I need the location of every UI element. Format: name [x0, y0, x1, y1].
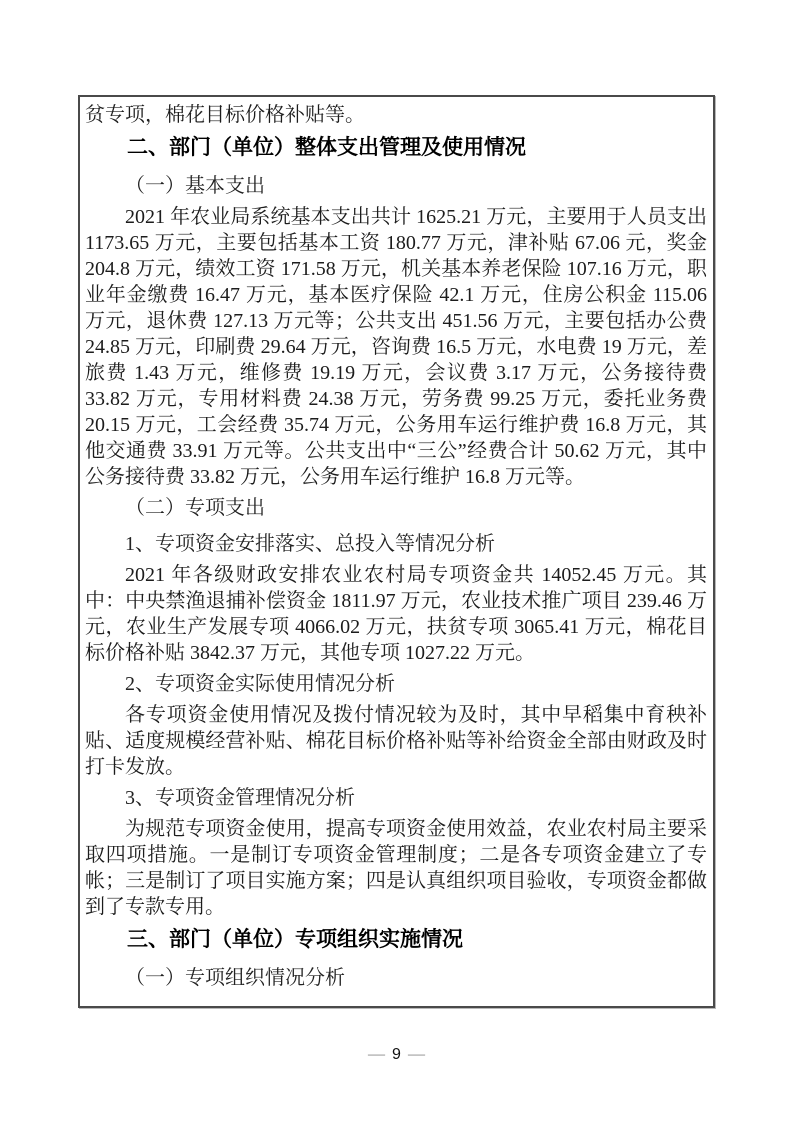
document-border-box: 贫专项，棉花目标价格补贴等。二、部门（单位）整体支出管理及使用情况（一）基本支出… [78, 95, 715, 1008]
section-heading: 二、部门（单位）整体支出管理及使用情况 [85, 135, 707, 161]
clause-heading: 3、专项资金管理情况分析 [85, 785, 707, 811]
section-heading: 三、部门（单位）专项组织实施情况 [85, 927, 707, 953]
subsection-heading: （一）基本支出 [85, 173, 707, 199]
footer-dash-left: — [368, 1044, 385, 1063]
document-content: 贫专项，棉花目标价格补贴等。二、部门（单位）整体支出管理及使用情况（一）基本支出… [85, 102, 707, 996]
body-paragraph: 2021 年各级财政安排农业农村局专项资金共 14052.45 万元。其中：中央… [85, 562, 707, 666]
subsection-heading: （一）专项组织情况分析 [85, 965, 707, 991]
subsection-heading: （二）专项支出 [85, 495, 707, 521]
footer-dash-right: — [408, 1044, 425, 1063]
page-number: 9 [392, 1046, 401, 1063]
page-footer: —9— [0, 1043, 793, 1066]
body-paragraph: 各专项资金使用情况及拨付情况较为及时，其中早稻集中育秧补贴、适度规模经营补贴、棉… [85, 702, 707, 780]
clause-heading: 2、专项资金实际使用情况分析 [85, 671, 707, 697]
document-page: 贫专项，棉花目标价格补贴等。二、部门（单位）整体支出管理及使用情况（一）基本支出… [0, 0, 793, 1122]
body-paragraph: 2021 年农业局系统基本支出共计 1625.21 万元，主要用于人员支出 11… [85, 204, 707, 490]
clause-heading: 1、专项资金安排落实、总投入等情况分析 [85, 531, 707, 557]
body-paragraph-continued: 贫专项，棉花目标价格补贴等。 [85, 102, 707, 128]
body-paragraph: 为规范专项资金使用，提高专项资金使用效益，农业农村局主要采取四项措施。一是制订专… [85, 816, 707, 920]
